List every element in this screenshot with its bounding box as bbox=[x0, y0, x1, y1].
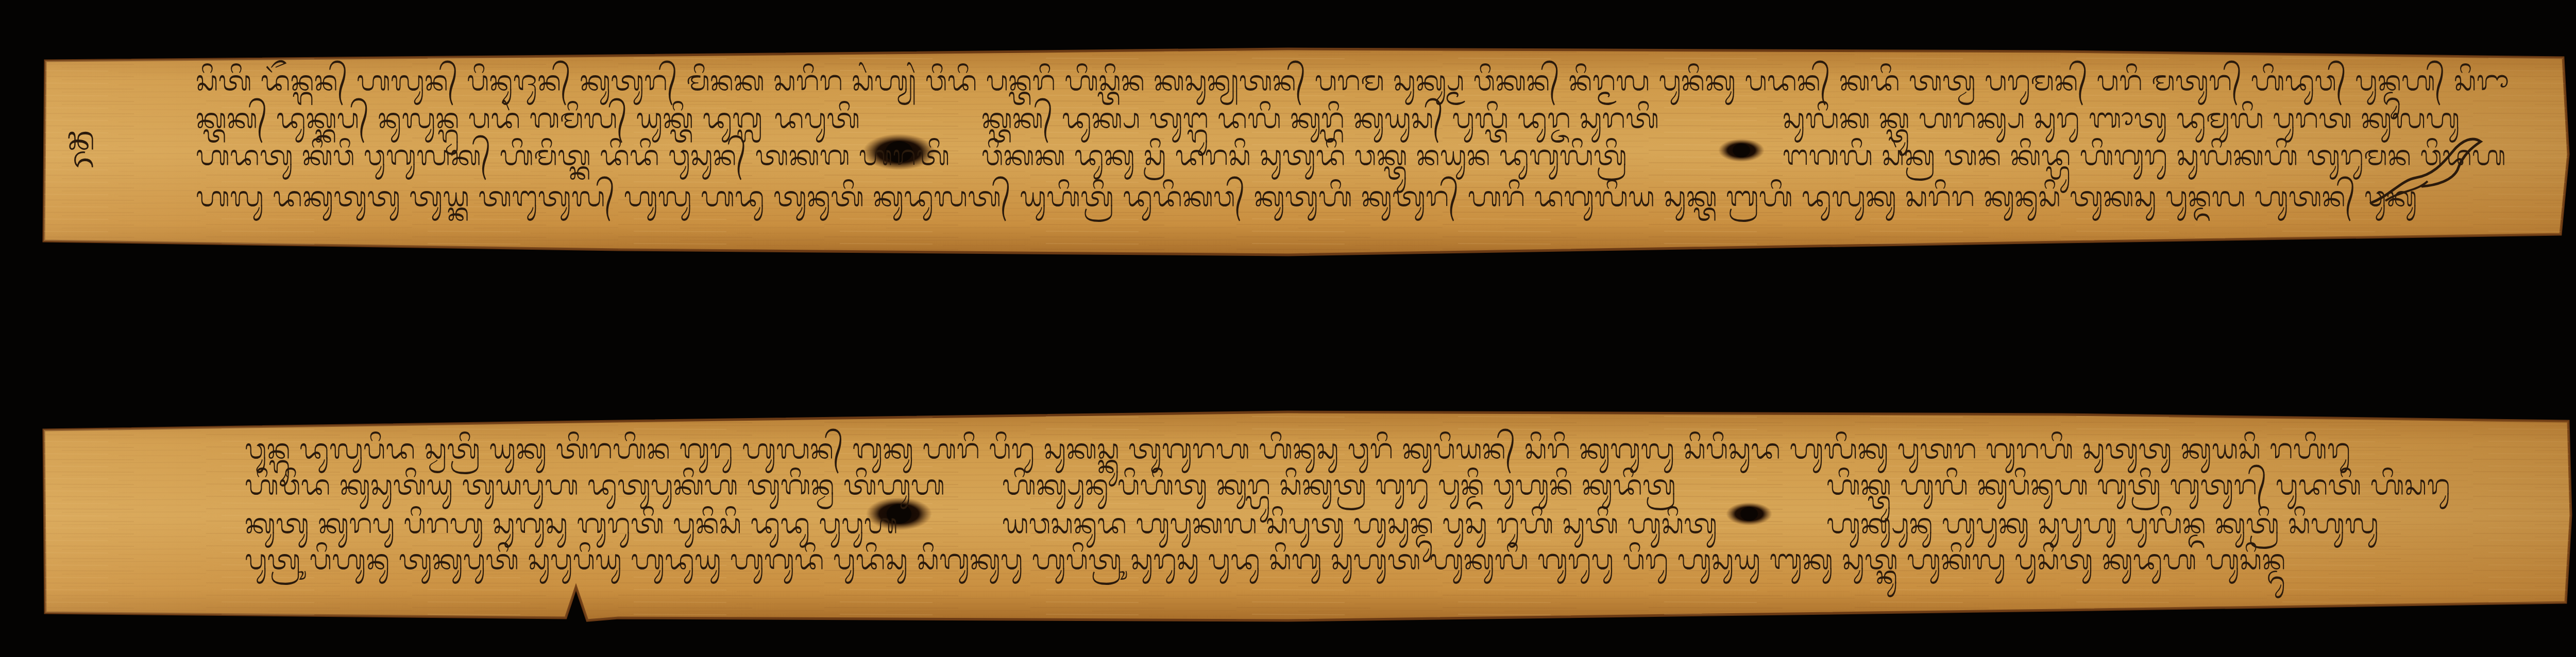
palm-leaf-bottom: ᬯᬸᬦ᭄ᬕᬸ ᬤᬸᬮᬸᬧᬶᬤ ᬲ᭄ᬯᬢ᭄ᬭᬶ ᬬᬸᬓᬸ ᬢᬶᬭᬳᬶᬦ ᬕᬸᬭᬸ … bbox=[44, 412, 2571, 620]
palm-leaf-top: ᬦ᭄ᬤ ᬲᬶᬢᬶ ᬤᭂᬦ᭄ᬕᬦ᭄ ᬳᬮᬸᬦ᭄ ᬧᬶᬦᬸᬚᬸᬦ᭄ ᬓᬸᬢᬸᬭ᭄ ᬫ… bbox=[44, 49, 2568, 255]
binding-hole bbox=[1733, 144, 1750, 158]
binding-hole bbox=[1740, 507, 1758, 521]
manuscript-photo: ᬦ᭄ᬤ ᬲᬶᬢᬶ ᬤᭂᬦ᭄ᬕᬦ᭄ ᬳᬮᬸᬦ᭄ ᬧᬶᬦᬸᬚᬸᬦ᭄ ᬓᬸᬢᬸᬭ᭄ ᬫ… bbox=[0, 0, 2576, 657]
text-lines: ᬲᬶᬢᬶ ᬤᭂᬦ᭄ᬕᬦ᭄ ᬳᬮᬸᬦ᭄ ᬧᬶᬦᬸᬚᬸᬦ᭄ ᬓᬸᬢᬸᬭ᭄ ᬫᬶᬦᬓ … bbox=[196, 60, 2509, 222]
text-lines: ᬯᬸᬦ᭄ᬕᬸ ᬤᬸᬮᬸᬧᬶᬤ ᬲ᭄ᬯᬢ᭄ᬭᬶ ᬬᬸᬓᬸ ᬢᬶᬭᬳᬶᬦ ᬕᬸᬭᬸ … bbox=[245, 428, 2450, 598]
